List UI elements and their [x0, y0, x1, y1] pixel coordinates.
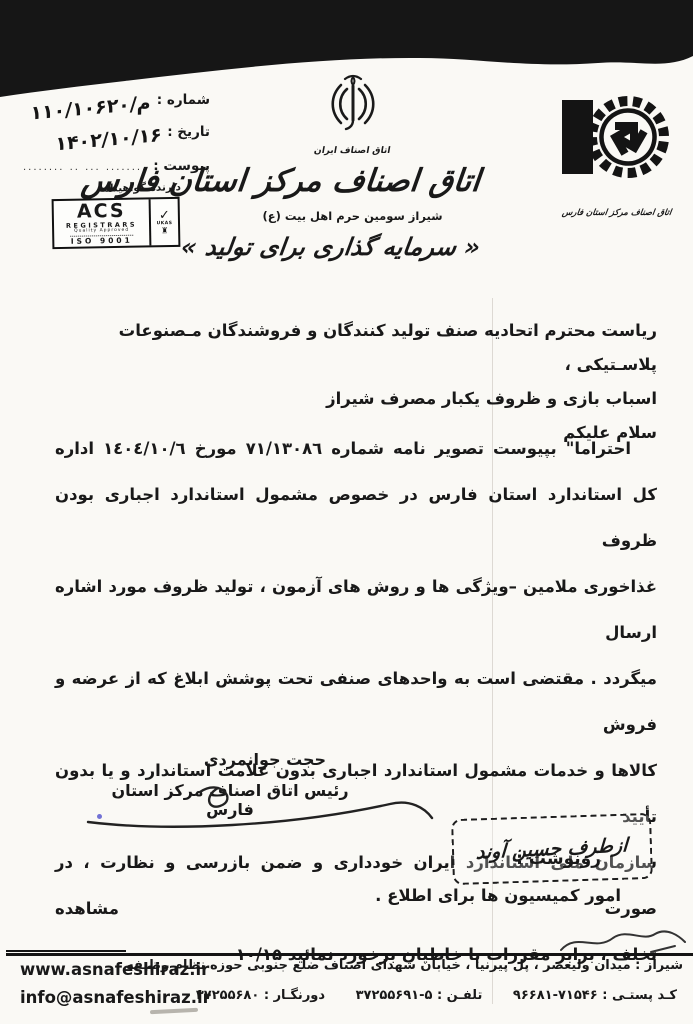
- emblem-caption: اتاق اصناف ایران: [313, 146, 391, 156]
- salutation-line: اسباب بازی و ظروف یکبار مصرف شیراز: [55, 382, 657, 416]
- city-subtitle: شیراز سومین حرم اهل بیت (ع): [225, 209, 480, 223]
- acs-iso-badge: ACS REGISTRARS Quality Approved ISO 9001…: [52, 197, 181, 249]
- body-line: احتراما" بپیوست تصویر نامه شماره ۷۱/۱۳۰۸…: [55, 426, 657, 472]
- body-line: غذاخوری ملامین –ویژگی ها و روش های آزمون…: [55, 564, 657, 656]
- phone: تلفـن : ۵-۳۷۲۵۵۶۹۱: [356, 988, 483, 1003]
- ref-date-label: تاریخ :: [167, 124, 210, 140]
- copy-to-line: امور کمیسیون ها برای اطلاع .: [375, 886, 621, 905]
- acs-badge-main: ACS REGISTRARS Quality Approved ISO 9001: [54, 199, 150, 247]
- signer-name: حجت جوانمردی: [180, 750, 350, 769]
- ref-number-label: شماره :: [157, 92, 210, 108]
- fax-label: دورنگـار :: [264, 988, 325, 1003]
- slogan-calligraphy: « سرمایه گذاری برای تولید »: [223, 233, 481, 261]
- ink-dot: [97, 814, 102, 819]
- scan-smudge: [150, 1008, 198, 1015]
- ref-date-value: ۱۴۰۲/۱۰/۱۶: [55, 124, 162, 155]
- scanned-letter-page: شماره : ۱۱۰/م/۱۰۶۲۰ تاریخ : ۱۴۰۲/۱۰/۱۶ پ…: [0, 0, 693, 1024]
- postal-address: شیراز : میدان ولیعصر ، پل پیرنیا ، خیابا…: [126, 958, 683, 973]
- postal-code-label: کـد پستـی :: [602, 988, 677, 1003]
- phone-label: تلفـن :: [437, 988, 482, 1003]
- fax: دورنگـار : ۳۷۲۵۵۶۸۰: [196, 988, 325, 1003]
- footer-divider-edge: [6, 950, 126, 952]
- copy-to-label: رونوشت :: [516, 849, 601, 869]
- body-line: کل استاندارد استان فارس در خصوص مشمول اس…: [55, 472, 657, 564]
- acs-logo-text: ACS: [77, 202, 126, 222]
- ref-number-row: شماره : ۱۱۰/م/۱۰۶۲۰: [14, 92, 210, 114]
- salutation-line: ریاست محترم اتحادیه صنف تولید کنندگان و …: [55, 314, 657, 382]
- postal-code-value: ۷۱۵۴۶-۹۶۶۸۱: [513, 988, 598, 1003]
- footer-divider: [6, 953, 693, 956]
- email-address: info@asnafeshiraz.ir: [20, 988, 200, 1007]
- fax-value: ۳۷۲۵۵۶۸۰: [196, 988, 259, 1003]
- ukas-crest-icon: ♜: [161, 227, 168, 235]
- ref-number-value: ۱۱۰/م/۱۰۶۲۰: [30, 92, 151, 125]
- acs-iso-text: ISO 9001: [71, 234, 133, 245]
- body-line: میگردد . مقتضی است به واحدهای صنفی تحت پ…: [55, 656, 657, 748]
- guild-logo-block: اتاق اصناف مرکز استان فارس: [556, 80, 678, 219]
- letterhead-center: اتاق اصناف ایران اتاق اصناف مرکز استان ف…: [225, 72, 480, 261]
- signer-title: رئیس اتاق اصناف مرکز استان فارس: [85, 781, 375, 819]
- contact-row: کـد پستـی : ۷۱۵۴۶-۹۶۶۸۱ تلفـن : ۵-۳۷۲۵۵۶…: [196, 988, 677, 1003]
- iran-emblem-icon: [327, 72, 379, 134]
- guild-logo-caption: اتاق اصناف مرکز استان فارس: [562, 208, 673, 218]
- ukas-badge: ✓ UKAS ♜: [149, 199, 179, 245]
- org-name-calligraphy: اتاق اصناف مرکز استان فارس: [223, 163, 482, 199]
- ref-date-row: تاریخ : ۱۴۰۲/۱۰/۱۶: [14, 124, 210, 146]
- postal-code: کـد پستـی : ۷۱۵۴۶-۹۶۶۸۱: [513, 988, 677, 1003]
- guild-gear-logo-icon: [558, 80, 676, 196]
- phone-value: ۵-۳۷۲۵۵۶۹۱: [356, 988, 433, 1003]
